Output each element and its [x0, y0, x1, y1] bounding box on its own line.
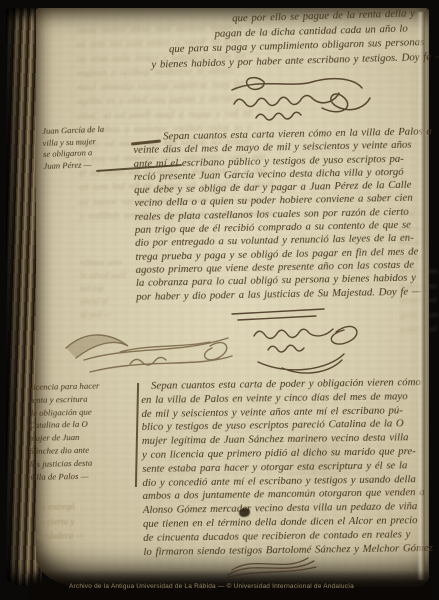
signature-rubric-1	[204, 74, 374, 130]
signature-rubric-2	[228, 306, 378, 378]
margin-note-1: Juan García de lavilla y su mujerse obli…	[42, 123, 144, 172]
margin-line: verdadera —	[37, 527, 141, 543]
paragraph-2: Sepan cuantos esta carta vieren cómo en …	[133, 125, 434, 304]
paragraph-1: que por ello se pague de la renta della …	[140, 6, 434, 73]
margin-note-2: Licencia para hacerventa y escriturade o…	[28, 379, 142, 484]
bleedthrough-line: ganb onam	[400, 306, 439, 322]
archive-watermark-caption: Archivo de la Antigua Universidad de La …	[69, 583, 385, 590]
end-flourish	[224, 557, 319, 581]
manuscript-photo: omoc nereiv atrac atse sotnauc napes yed…	[0, 0, 439, 600]
faint-margin-note: La entregóva cierta yverdadera —	[36, 498, 141, 543]
paragraph-3: Sepan cuantos esta carta de poder y obli…	[141, 376, 433, 559]
bleedthrough-line: somek nod	[400, 321, 439, 337]
margin-line: villa de Palos —	[30, 468, 142, 483]
